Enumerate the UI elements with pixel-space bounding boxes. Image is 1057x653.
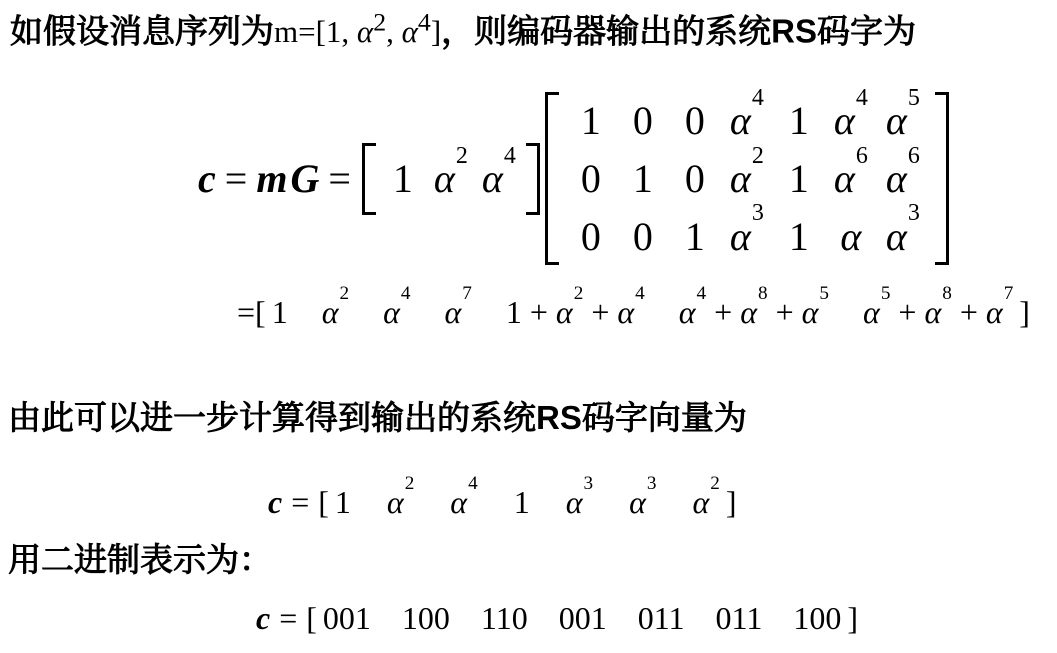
equals-sign: = xyxy=(328,156,351,201)
equation-encoding: c=mG= 1α2α4 100α41α4α5 010α21α6α6 001α31… xyxy=(198,92,949,265)
vector-cell: α2 xyxy=(721,155,773,202)
vector-cell: α4 xyxy=(721,97,773,144)
right-bracket xyxy=(526,143,540,215)
vector-cell: α2 xyxy=(427,155,475,202)
vector-cell: 100 xyxy=(793,600,841,637)
message-vector-cells: 1α2α4 xyxy=(376,143,526,215)
expanded-suffix: ] xyxy=(1019,294,1030,331)
vector-cell: α3 xyxy=(566,484,593,521)
matrix-left-bracket xyxy=(545,92,559,265)
vector-cell: 1 xyxy=(669,213,721,260)
vector-cell: 1 xyxy=(773,213,825,260)
vector-cell: α xyxy=(825,213,877,260)
var-c: c xyxy=(256,600,270,637)
equals-sign: = xyxy=(279,600,297,637)
vector-cell: 100 xyxy=(402,600,450,637)
vector-cell: α5 xyxy=(877,97,929,144)
equation-lhs: c=mG= xyxy=(198,155,360,202)
vector-cell: 1 xyxy=(379,155,427,202)
equals-sign: = xyxy=(225,156,248,201)
vector-cell: α2 xyxy=(387,484,414,521)
vector-cell: α4 xyxy=(825,97,877,144)
paragraph-binary-representation: 用二进制表示为： xyxy=(8,538,272,583)
open-bracket: [ xyxy=(306,600,317,637)
paragraph1-prefix: 如假设消息序列为 xyxy=(10,12,274,49)
codeword-vector-equation: c = [ 1α2α41α3α3α2 ] xyxy=(268,484,737,521)
vector-cell: 0 xyxy=(617,213,669,260)
vector-cell: α6 xyxy=(877,155,929,202)
var-c: c xyxy=(198,156,216,201)
vector-cell: 1 xyxy=(272,294,288,331)
vector-cell: 0 xyxy=(565,213,617,260)
vector-cell: α5 + α8 + α7 xyxy=(863,294,1013,331)
vector-cell: 1 xyxy=(335,484,351,521)
vector-cell: 011 xyxy=(638,600,685,637)
vector-cell: 1 xyxy=(773,155,825,202)
message-row-vector: 1α2α4 xyxy=(362,143,540,215)
vector-cell: α4 xyxy=(383,294,410,331)
vector-cell: α4 xyxy=(450,484,477,521)
binary-terms: 001100110001011011100 xyxy=(323,600,841,637)
equals-sign: = xyxy=(291,484,309,521)
vector-cell: α6 xyxy=(825,155,877,202)
equation-expanded-product: =[ 1α2α4α71 + α2 + α4α4 + α8 + α5α5 + α8… xyxy=(237,294,1030,331)
vector-cell: α3 xyxy=(721,213,773,260)
vector-cell: α7 xyxy=(444,294,471,331)
expanded-terms: 1α2α4α71 + α2 + α4α4 + α8 + α5α5 + α8 + … xyxy=(272,294,1014,331)
vector-cell: 011 xyxy=(716,600,763,637)
vector-cell: α4 + α8 + α5 xyxy=(679,294,829,331)
vector-cell: 0 xyxy=(669,97,721,144)
vector-cell: 001 xyxy=(559,600,607,637)
close-bracket: ] xyxy=(847,600,858,637)
binary-codeword-equation: c = [ 001100110001011011100 ] xyxy=(256,600,858,637)
vector-cell: 1 xyxy=(617,155,669,202)
open-bracket: [ xyxy=(318,484,329,521)
vector-cell: α3 xyxy=(877,213,929,260)
paragraph-message-sequence: 如假设消息序列为m=[1, α2, α4]，则编码器输出的系统RS码字为 xyxy=(10,6,916,54)
matrix-rows: 100α41α4α5 010α21α6α6 001α31αα3 xyxy=(559,92,935,265)
vector-cell: 1 xyxy=(514,484,530,521)
vector-cell: α3 xyxy=(629,484,656,521)
paragraph-codeword-vector: 由此可以进一步计算得到输出的系统RS码字向量为 xyxy=(8,396,747,441)
var-G: G xyxy=(290,156,319,201)
vector-cell: 1 xyxy=(565,97,617,144)
vector-cell: α2 xyxy=(692,484,719,521)
close-bracket: ] xyxy=(726,484,737,521)
var-m: m xyxy=(256,156,287,201)
matrix-row: 001α31αα3 xyxy=(565,213,929,260)
vector-cell: 001 xyxy=(323,600,371,637)
vector-cell: 1 xyxy=(773,97,825,144)
vector-cell: 0 xyxy=(565,155,617,202)
var-c: c xyxy=(268,484,282,521)
paragraph1-suffix: ，则编码器输出的系统RS码字为 xyxy=(441,12,916,49)
vector-cell: α4 xyxy=(475,155,523,202)
matrix-row: 100α41α4α5 xyxy=(565,97,929,144)
vector-cell: 110 xyxy=(481,600,528,637)
codeword-terms: 1α2α41α3α3α2 xyxy=(335,484,720,521)
vector-cell: 1 + α2 + α4 xyxy=(506,294,645,331)
expanded-prefix: =[ xyxy=(237,294,266,331)
paragraph1-inline-math: m=[1, α2, α4] xyxy=(274,14,441,49)
generator-matrix: 100α41α4α5 010α21α6α6 001α31αα3 xyxy=(545,92,949,265)
left-bracket xyxy=(362,143,376,215)
vector-cell: 0 xyxy=(617,97,669,144)
document-page: 如假设消息序列为m=[1, α2, α4]，则编码器输出的系统RS码字为 c=m… xyxy=(0,0,1057,653)
vector-cell: 0 xyxy=(669,155,721,202)
matrix-row: 010α21α6α6 xyxy=(565,155,929,202)
vector-cell: α2 xyxy=(322,294,349,331)
matrix-right-bracket xyxy=(935,92,949,265)
